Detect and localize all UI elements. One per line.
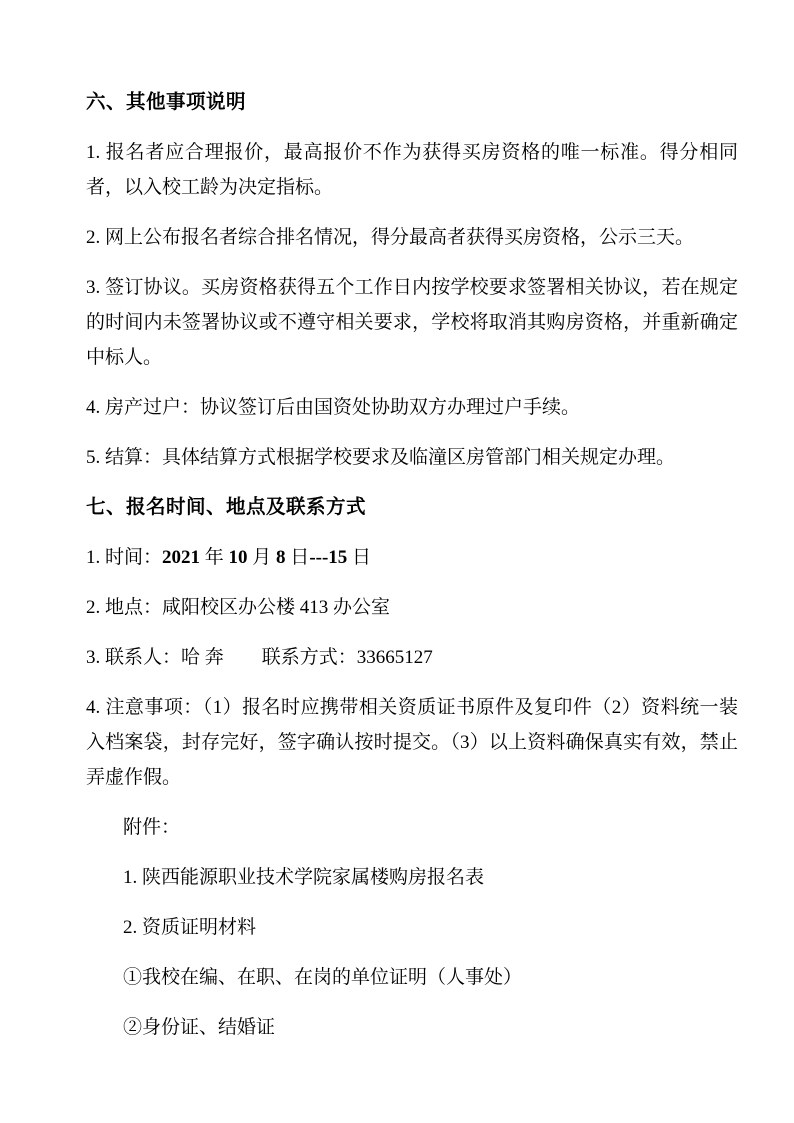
contact-person-line: 3. 联系人：哈 奔 联系方式：33665127 — [86, 640, 738, 675]
other-note-item-4: 4. 房产过户：协议签订后由国资处协助双方办理过户手续。 — [86, 390, 738, 425]
document-page: 六、其他事项说明 1. 报名者应合理报价，最高报价不作为获得买房资格的唯一标准。… — [0, 0, 794, 1123]
other-note-item-2: 2. 网上公布报名者综合排名情况，得分最高者获得买房资格，公示三天。 — [86, 220, 738, 255]
other-note-item-3: 3. 签订协议。买房资格获得五个工作日内按学校要求签署相关协议，若在规定的时间内… — [86, 270, 738, 375]
attachment-item-1: 1. 陕西能源职业技术学院家属楼购房报名表 — [123, 860, 738, 895]
registration-notes: 4. 注意事项：（1）报名时应携带相关资质证书原件及复印件（2）资料统一装入档案… — [86, 690, 738, 795]
registration-location: 2. 地点：咸阳校区办公楼 413 办公室 — [86, 590, 738, 625]
other-note-item-5: 5. 结算：具体结算方式根据学校要求及临潼区房管部门相关规定办理。 — [86, 440, 738, 475]
attachments-block: 附件： 1. 陕西能源职业技术学院家属楼购房报名表 2. 资质证明材料 ①我校在… — [123, 810, 738, 1045]
attachments-label: 附件： — [123, 810, 738, 845]
other-note-item-1: 1. 报名者应合理报价，最高报价不作为获得买房资格的唯一标准。得分相同者，以入校… — [86, 135, 738, 205]
attachment-subitem-1: ①我校在编、在职、在岗的单位证明（人事处） — [123, 960, 738, 995]
attachment-item-2: 2. 资质证明材料 — [123, 910, 738, 945]
section-heading-other-notes: 六、其他事项说明 — [86, 85, 738, 120]
attachment-subitem-2: ②身份证、结婚证 — [123, 1010, 738, 1045]
section-heading-contact: 七、报名时间、地点及联系方式 — [86, 490, 738, 525]
registration-time: 1. 时间：2021 年 10 月 8 日---15 日 — [86, 540, 738, 575]
